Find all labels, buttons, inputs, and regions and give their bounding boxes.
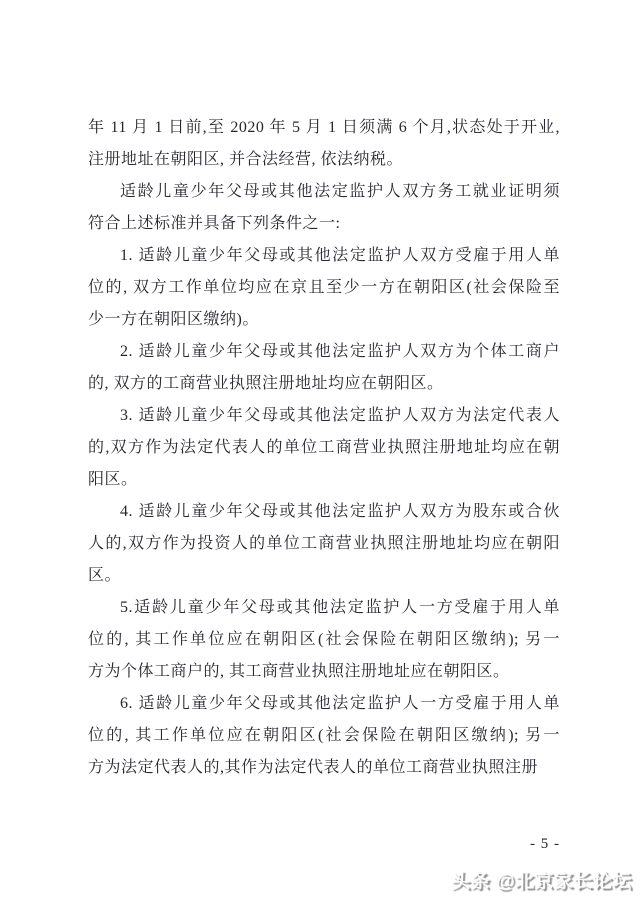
page-number: - 5 - (530, 836, 560, 853)
text-line: 位的, 其工作单位应在朝阳区(社会保险在朝阳区缴纳); 另一 (88, 624, 560, 656)
text-line: 注册地址在朝阳区, 并合法经营, 依法纳税。 (88, 144, 560, 176)
text-line: 3. 适龄儿童少年父母或其他法定监护人双方为法定代表人 (88, 400, 560, 432)
text-line: 适龄儿童少年父母或其他法定监护人双方务工就业证明须 (88, 176, 560, 208)
text-line: 5.适龄儿童少年父母或其他法定监护人一方受雇于用人单 (88, 592, 560, 624)
text-line: 少一方在朝阳区缴纳)。 (88, 304, 560, 336)
text-line: 区。 (88, 560, 560, 592)
text-line: 年 11 月 1 日前,至 2020 年 5 月 1 日须满 6 个月,状态处于… (88, 112, 560, 144)
text-line: 阳区。 (88, 464, 560, 496)
text-line: 方为个体工商户的, 其工商营业执照注册地址应在朝阳区。 (88, 656, 560, 688)
text-line: 符合上述标准并具备下列条件之一: (88, 208, 560, 240)
text-line: 1. 适龄儿童少年父母或其他法定监护人双方受雇于用人单 (88, 240, 560, 272)
text-line: 2. 适龄儿童少年父母或其他法定监护人双方为个体工商户 (88, 336, 560, 368)
text-line: 位的, 双方工作单位均应在京且至少一方在朝阳区(社会保险至 (88, 272, 560, 304)
document-page: 年 11 月 1 日前,至 2020 年 5 月 1 日须满 6 个月,状态处于… (0, 0, 640, 905)
text-line: 的,双方作为法定代表人的单位工商营业执照注册地址均应在朝 (88, 432, 560, 464)
text-line: 方为法定代表人的,其作为法定代表人的单位工商营业执照注册 (88, 752, 560, 784)
text-line: 4. 适龄儿童少年父母或其他法定监护人双方为股东或合伙 (88, 496, 560, 528)
watermark-text: 头条 @北京家长论坛 (451, 866, 632, 893)
text-line: 6. 适龄儿童少年父母或其他法定监护人一方受雇于用人单 (88, 688, 560, 720)
text-line: 的, 双方的工商营业执照注册地址均应在朝阳区。 (88, 368, 560, 400)
document-body: 年 11 月 1 日前,至 2020 年 5 月 1 日须满 6 个月,状态处于… (88, 112, 560, 784)
text-line: 人的,双方作为投资人的单位工商营业执照注册地址均应在朝阳 (88, 528, 560, 560)
text-line: 位的, 其工作单位应在朝阳区(社会保险在朝阳区缴纳); 另一 (88, 720, 560, 752)
